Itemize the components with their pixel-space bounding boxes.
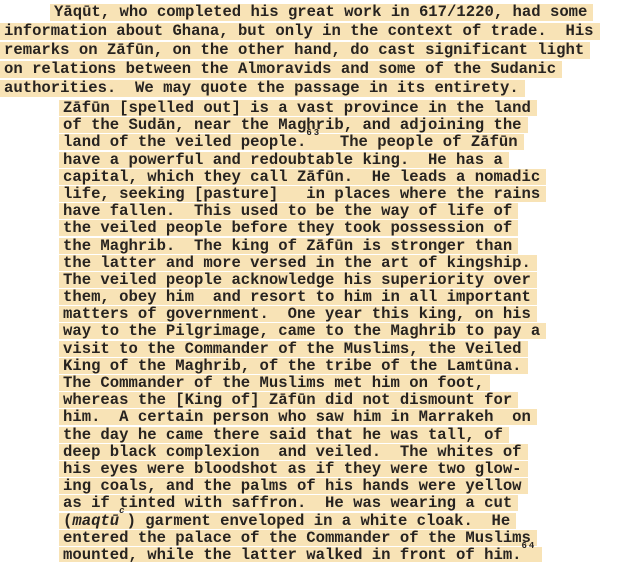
text-segment: Yāqūt, who completed his great work in 6… <box>54 3 587 21</box>
text-segment: capital, which they call Zāfūn. He leads… <box>63 168 540 186</box>
text-segment: entered the palace of the Commander of t… <box>63 529 531 547</box>
highlighted-text: Yāqūt, who completed his great work in 6… <box>50 4 593 21</box>
quoted-passage: Zāfūn [spelled out] is a vast province i… <box>59 100 624 562</box>
text-line: The veiled people acknowledge his superi… <box>59 272 624 289</box>
text-segment: The people of Zāfūn <box>321 133 518 151</box>
footnote-reference: 64 <box>522 541 537 551</box>
text-segment: The veiled people acknowledge his superi… <box>63 271 531 289</box>
text-line: have fallen. This used to be the way of … <box>59 203 624 220</box>
text-segment: his eyes were bloodshot as if they were … <box>63 460 522 478</box>
highlighted-text: whereas the [King of] Zāfūn did not dism… <box>59 392 518 408</box>
text-line: information about Ghana, but only in the… <box>0 22 624 41</box>
text-line: Yāqūt, who completed his great work in 6… <box>0 3 624 22</box>
text-line: on relations between the Almoravids and … <box>0 60 624 79</box>
highlighted-text: (maqtūc) garment enveloped in a white cl… <box>59 513 516 529</box>
text-segment: The Commander of the Muslims met him on … <box>63 374 484 392</box>
highlighted-text: on relations between the Almoravids and … <box>0 61 562 78</box>
highlighted-text: life, seeking [pasture] in places where … <box>59 186 546 202</box>
text-segment: have fallen. This used to be the way of … <box>63 202 512 220</box>
text-line: remarks on Zāfūn, on the other hand, do … <box>0 41 624 60</box>
highlighted-text: his eyes were bloodshot as if they were … <box>59 461 528 477</box>
text-line: deep black complexion and veiled. The wh… <box>59 444 624 461</box>
highlighted-text: way to the Pilgrimage, came to the Maghr… <box>59 323 546 339</box>
text-segment: the veiled people before they took posse… <box>63 219 512 237</box>
highlighted-text: mounted, while the latter walked in fron… <box>59 547 542 562</box>
highlighted-text: The Commander of the Muslims met him on … <box>59 375 490 391</box>
text-line: capital, which they call Zāfūn. He leads… <box>59 169 624 186</box>
text-line: visit to the Commander of the Muslims, t… <box>59 341 624 358</box>
text-line: land of the veiled people.63 The people … <box>59 134 624 151</box>
text-segment: visit to the Commander of the Muslims, t… <box>63 340 522 358</box>
text-line: King of the Maghrib, of the tribe of the… <box>59 358 624 375</box>
text-line: mounted, while the latter walked in fron… <box>59 547 624 562</box>
highlighted-text: have a powerful and redoubtable king. He… <box>59 152 509 168</box>
highlighted-text: him. A certain person who saw him in Mar… <box>59 409 537 425</box>
highlighted-text: the veiled people before they took posse… <box>59 220 518 236</box>
text-line: way to the Pilgrimage, came to the Maghr… <box>59 323 624 340</box>
highlighted-text: the day he came there said that he was t… <box>59 427 509 443</box>
text-segment: mounted, while the latter walked in fron… <box>63 546 522 562</box>
text-line: life, seeking [pasture] in places where … <box>59 186 624 203</box>
text-segment: the day he came there said that he was t… <box>63 426 503 444</box>
highlighted-text: King of the Maghrib, of the tribe of the… <box>59 358 528 374</box>
highlighted-text: the Maghrib. The king of Zāfūn is strong… <box>59 238 518 254</box>
text-segment: have a powerful and redoubtable king. He… <box>63 151 503 169</box>
highlighted-text: capital, which they call Zāfūn. He leads… <box>59 169 546 185</box>
text-line: as if tinted with saffron. He was wearin… <box>59 495 624 512</box>
text-segment: life, seeking [pasture] in places where … <box>63 185 540 203</box>
text-segment: King of the Maghrib, of the tribe of the… <box>63 357 522 375</box>
text-segment: matters of government. One year this kin… <box>63 305 531 323</box>
text-line: matters of government. One year this kin… <box>59 306 624 323</box>
text-segment: authorities. We may quote the passage in… <box>4 79 519 97</box>
text-line: entered the palace of the Commander of t… <box>59 530 624 547</box>
text-segment: of the Sudān, near the Maghrib, and adjo… <box>63 116 522 134</box>
text-line: of the Sudān, near the Maghrib, and adjo… <box>59 117 624 134</box>
opening-paragraph: Yāqūt, who completed his great work in 6… <box>0 0 624 98</box>
highlighted-text: Zāfūn [spelled out] is a vast province i… <box>59 100 537 116</box>
highlighted-text: land of the veiled people.63 The people … <box>59 134 524 150</box>
highlighted-text: entered the palace of the Commander of t… <box>59 530 537 546</box>
highlighted-text: authorities. We may quote the passage in… <box>0 80 525 97</box>
text-segment: maqtū <box>72 512 119 530</box>
text-segment: ( <box>63 512 72 530</box>
text-segment: remarks on Zāfūn, on the other hand, do … <box>4 41 584 59</box>
text-line: the veiled people before they took posse… <box>59 220 624 237</box>
text-segment: deep black complexion and veiled. The wh… <box>63 443 522 461</box>
text-line: the latter and more versed in the art of… <box>59 255 624 272</box>
text-line: The Commander of the Muslims met him on … <box>59 375 624 392</box>
text-segment: whereas the [King of] Zāfūn did not dism… <box>63 391 512 409</box>
text-segment: as if tinted with saffron. He was wearin… <box>63 494 512 512</box>
text-line: authorities. We may quote the passage in… <box>0 79 624 98</box>
document-page: Yāqūt, who completed his great work in 6… <box>0 0 624 562</box>
text-segment: the Maghrib. The king of Zāfūn is strong… <box>63 237 512 255</box>
text-segment: on relations between the Almoravids and … <box>4 60 556 78</box>
text-segment: ing coals, and the palms of his hands we… <box>63 477 522 495</box>
text-line: ing coals, and the palms of his hands we… <box>59 478 624 495</box>
highlighted-text: information about Ghana, but only in the… <box>0 23 600 40</box>
highlighted-text: The veiled people acknowledge his superi… <box>59 272 537 288</box>
highlighted-text: matters of government. One year this kin… <box>59 306 537 322</box>
text-line: his eyes were bloodshot as if they were … <box>59 461 624 478</box>
highlighted-text: deep black complexion and veiled. The wh… <box>59 444 528 460</box>
text-line: (maqtūc) garment enveloped in a white cl… <box>59 513 624 530</box>
text-line: whereas the [King of] Zāfūn did not dism… <box>59 392 624 409</box>
text-segment: them, obey him and resort to him in all … <box>63 288 531 306</box>
text-line: the Maghrib. The king of Zāfūn is strong… <box>59 238 624 255</box>
text-segment: Zāfūn [spelled out] is a vast province i… <box>63 99 531 117</box>
highlighted-text: of the Sudān, near the Maghrib, and adjo… <box>59 117 528 133</box>
text-line: Zāfūn [spelled out] is a vast province i… <box>59 100 624 117</box>
highlighted-text: ing coals, and the palms of his hands we… <box>59 478 528 494</box>
text-line: them, obey him and resort to him in all … <box>59 289 624 306</box>
highlighted-text: visit to the Commander of the Muslims, t… <box>59 341 528 357</box>
text-segment: him. A certain person who saw him in Mar… <box>63 408 531 426</box>
footnote-reference: 63 <box>306 128 321 138</box>
text-line: the day he came there said that he was t… <box>59 427 624 444</box>
text-segment: information about Ghana, but only in the… <box>4 22 594 40</box>
text-line: have a powerful and redoubtable king. He… <box>59 152 624 169</box>
highlighted-text: have fallen. This used to be the way of … <box>59 203 518 219</box>
text-segment: the latter and more versed in the art of… <box>63 254 531 272</box>
text-line: him. A certain person who saw him in Mar… <box>59 409 624 426</box>
text-segment: land of the veiled people. <box>63 133 306 151</box>
text-segment: ) garment enveloped in a white cloak. He <box>127 512 511 530</box>
highlighted-text: as if tinted with saffron. He was wearin… <box>59 495 518 511</box>
highlighted-text: remarks on Zāfūn, on the other hand, do … <box>0 42 590 59</box>
highlighted-text: the latter and more versed in the art of… <box>59 255 537 271</box>
footnote-reference: c <box>119 506 126 516</box>
text-segment: way to the Pilgrimage, came to the Maghr… <box>63 322 540 340</box>
highlighted-text: them, obey him and resort to him in all … <box>59 289 537 305</box>
